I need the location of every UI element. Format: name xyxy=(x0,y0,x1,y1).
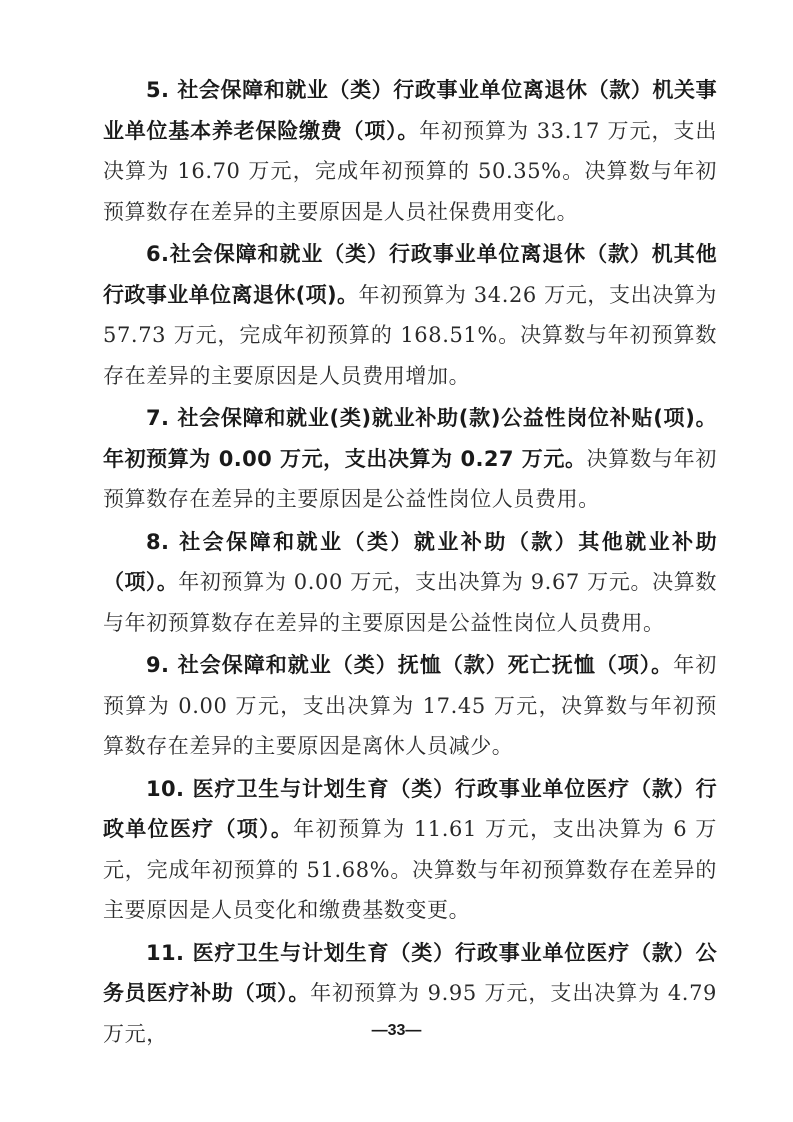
paragraph-number: 6. xyxy=(146,242,169,266)
paragraph-item-6: 6.社会保障和就业（类）行政事业单位离退休（款）机其他行政事业单位离退休(项)。… xyxy=(103,234,717,396)
page-number: —33— xyxy=(0,1022,793,1040)
paragraph-heading: 社会保障和就业（类）抚恤（款）死亡抚恤（项）。 xyxy=(178,653,673,677)
document-page: 5. 社会保障和就业（类）行政事业单位离退休（款）机关事业单位基本养老保险缴费（… xyxy=(103,70,717,1056)
paragraph-number: 5. xyxy=(146,78,169,102)
paragraph-number: 8. xyxy=(146,530,169,554)
paragraph-number: 7. xyxy=(146,406,169,430)
paragraph-number: 9. xyxy=(146,653,169,677)
paragraph-body: 年初预算为 0.00 万元，支出决算为 9.67 万元。决算数与年初预算数存在差… xyxy=(103,570,717,635)
paragraph-item-5: 5. 社会保障和就业（类）行政事业单位离退休（款）机关事业单位基本养老保险缴费（… xyxy=(103,70,717,232)
paragraph-item-10: 10. 医疗卫生与计划生育（类）行政事业单位医疗（款）行政单位医疗（项）。年初预… xyxy=(103,769,717,931)
paragraph-number: 10. xyxy=(146,777,184,801)
paragraph-item-9: 9. 社会保障和就业（类）抚恤（款）死亡抚恤（项）。年初预算为 0.00 万元，… xyxy=(103,645,717,767)
paragraph-item-7: 7. 社会保障和就业(类)就业补助(款)公益性岗位补贴(项)。年初预算为 0.0… xyxy=(103,398,717,520)
paragraph-item-8: 8. 社会保障和就业（类）就业补助（款）其他就业补助（项）。年初预算为 0.00… xyxy=(103,522,717,644)
paragraph-number: 11. xyxy=(146,941,184,965)
